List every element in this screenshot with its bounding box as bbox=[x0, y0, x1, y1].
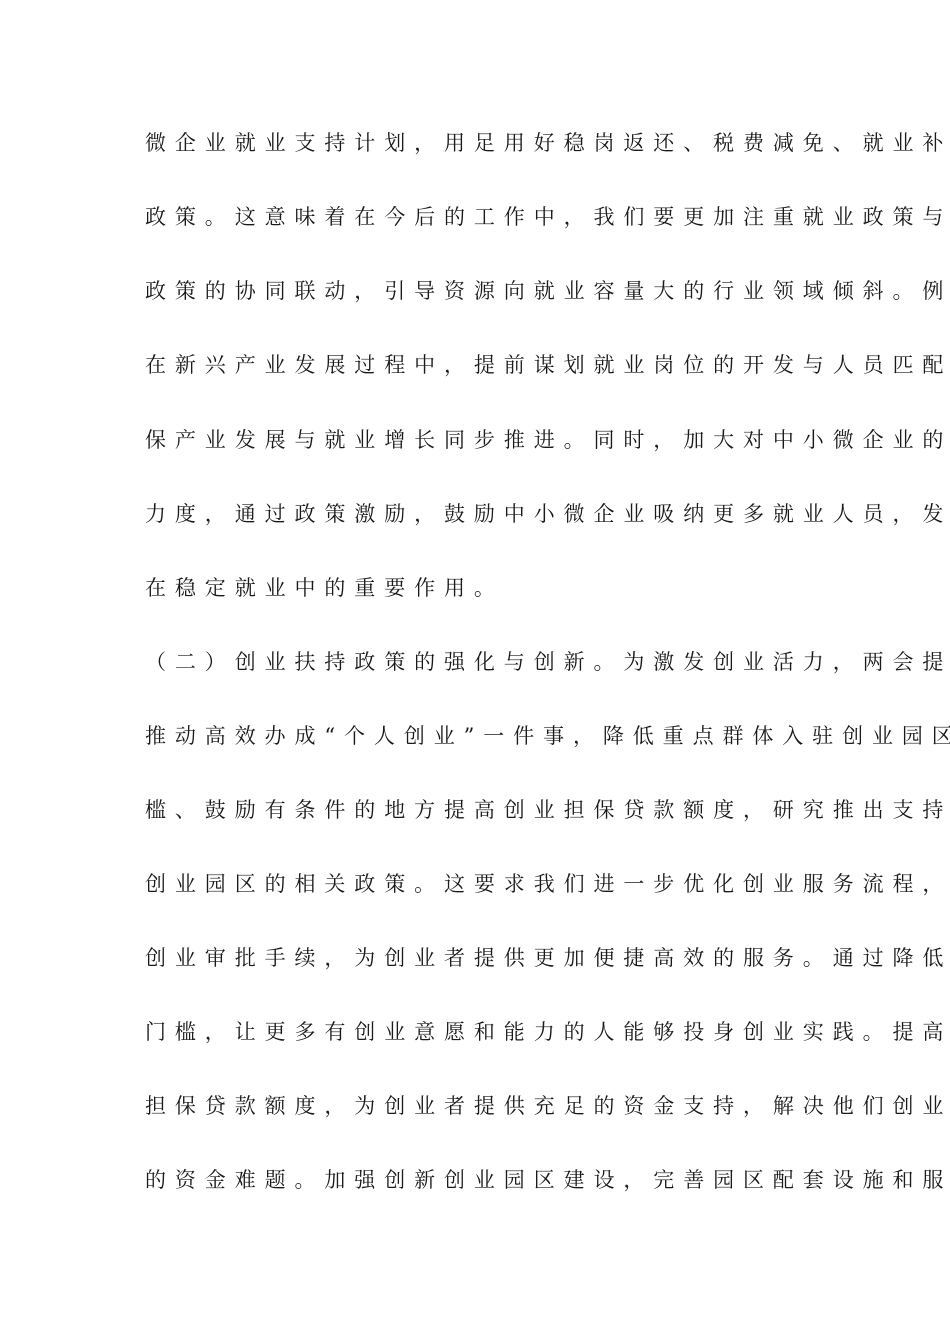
text-line: 创业审批手续，为创业者提供更加便捷高效的服务。通过降低创业 bbox=[145, 942, 805, 974]
text-line: 政策。这意味着在今后的工作中，我们要更加注重就业政策与产业 bbox=[145, 201, 805, 233]
text-line: 在新兴产业发展过程中，提前谋划就业岗位的开发与人员匹配，确 bbox=[145, 349, 805, 381]
text-line: 力度，通过政策激励，鼓励中小微企业吸纳更多就业人员，发挥其 bbox=[145, 498, 805, 530]
text-line: 的资金难题。加强创新创业园区建设，完善园区配套设施和服务功 bbox=[145, 1164, 805, 1196]
text-line: 政策的协同联动，引导资源向就业容量大的行业领域倾斜。例如， bbox=[145, 275, 805, 307]
text-line: 担保贷款额度，为创业者提供充足的资金支持，解决他们创业初期 bbox=[145, 1090, 805, 1122]
text-line: 槛、鼓励有条件的地方提高创业担保贷款额度，研究推出支持创新 bbox=[145, 794, 805, 826]
text-line: 微企业就业支持计划，用足用好稳岗返还、税费减免、就业补贴等 bbox=[145, 127, 805, 159]
section-heading-line: （二）创业扶持政策的强化与创新。为激发创业活力，两会提出 bbox=[145, 646, 805, 678]
text-line: 创业园区的相关政策。这要求我们进一步优化创业服务流程，简化 bbox=[145, 868, 805, 900]
text-line: 保产业发展与就业增长同步推进。同时，加大对中小微企业的扶持 bbox=[145, 424, 805, 456]
text-line: 在稳定就业中的重要作用。 bbox=[145, 572, 805, 604]
document-page: 微企业就业支持计划，用足用好稳岗返还、税费减免、就业补贴等 政策。这意味着在今后… bbox=[0, 0, 950, 1344]
text-line: 门槛，让更多有创业意愿和能力的人能够投身创业实践。提高创业 bbox=[145, 1016, 805, 1048]
text-line: 推动高效办成“个人创业”一件事，降低重点群体入驻创业园区门 bbox=[145, 720, 805, 752]
